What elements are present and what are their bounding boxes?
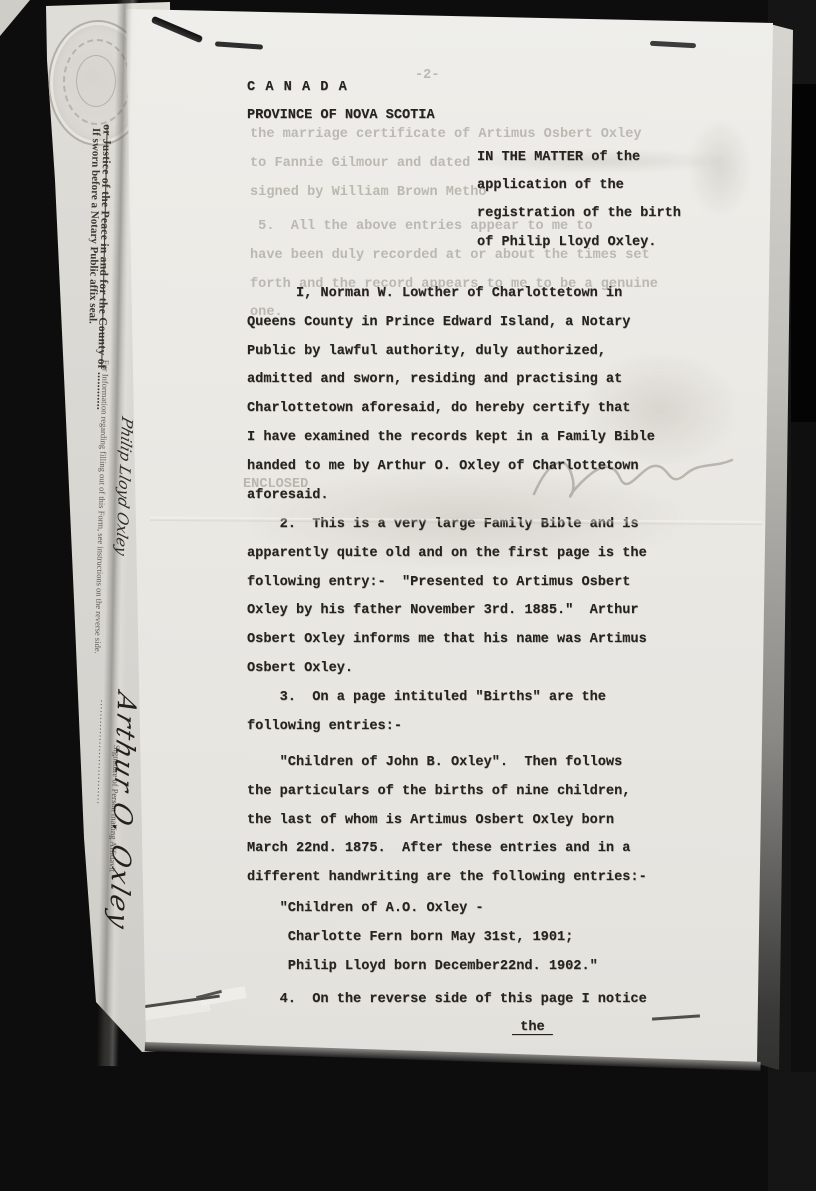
- text-line: handed to me by Arthur O. Oxley of Charl…: [247, 453, 655, 482]
- text-line: Queens County in Prince Edward Island, a…: [247, 309, 655, 338]
- paragraph-3: 3. On a page intituled "Births" are thef…: [247, 684, 606, 742]
- text-line: I have examined the records kept in a Fa…: [247, 424, 655, 453]
- scanned-document-background: -2- the marriage certificate of Artimus …: [0, 0, 816, 1191]
- text-line: 4. On the reverse side of this page I no…: [247, 986, 647, 1015]
- ghost-smudge: [690, 120, 750, 215]
- text-line: Osbert Oxley.: [247, 655, 647, 684]
- text-line: Oxley by his father November 3rd. 1885."…: [247, 597, 647, 626]
- paragraph-2: 2. This is a very large Family Bible and…: [247, 511, 647, 684]
- catchword-the: the: [512, 1014, 553, 1043]
- text-line: Public by lawful authority, duly authori…: [247, 338, 655, 367]
- text-line: 3. On a page intituled "Births" are the: [247, 684, 606, 713]
- text-line: March 22nd. 1875. After these entries an…: [247, 835, 647, 864]
- text-line: application of the: [477, 172, 681, 200]
- paragraph-5: "Children of A.O. Oxley - Charlotte Fern…: [247, 895, 598, 981]
- paragraph-4: "Children of John B. Oxley". Then follow…: [247, 749, 647, 893]
- text-line: of Philip Lloyd Oxley.: [477, 229, 681, 257]
- scan-mid-block: [791, 422, 816, 1072]
- text-line: registration of the birth: [477, 200, 681, 228]
- text-line: following entries:-: [247, 713, 606, 742]
- paragraph-1: I, Norman W. Lowther of Charlottetown in…: [247, 280, 655, 510]
- text-line: Philip Lloyd born December22nd. 1902.": [247, 953, 598, 982]
- text-line: "Children of A.O. Oxley -: [247, 895, 598, 924]
- scan-dark-block: [791, 84, 816, 422]
- text-line: different handwriting are the following …: [247, 864, 647, 893]
- country-header: C A N A D A: [247, 74, 348, 103]
- text-line: apparently quite old and on the first pa…: [247, 540, 647, 569]
- text-line: Osbert Oxley informs me that his name wa…: [247, 626, 647, 655]
- text-line: the last of whom is Artimus Osbert Oxley…: [247, 807, 647, 836]
- ghost-page-number: -2-: [415, 62, 439, 91]
- paragraph-6: 4. On the reverse side of this page I no…: [247, 986, 647, 1015]
- text-line: following entry:- "Presented to Artimus …: [247, 569, 647, 598]
- text-line: aforesaid.: [247, 482, 655, 511]
- text-line: Charlotte Fern born May 31st, 1901;: [247, 924, 598, 953]
- text-line: "Children of John B. Oxley". Then follow…: [247, 749, 647, 778]
- in-the-matter-block: IN THE MATTER of theapplication of there…: [477, 144, 681, 257]
- staple-mark: [652, 1014, 700, 1020]
- text-line: the particulars of the births of nine ch…: [247, 778, 647, 807]
- form-line-notary-seal-note: If sworn before a Notary Public affix se…: [87, 128, 101, 324]
- province-header: PROVINCE OF NOVA SCOTIA: [247, 102, 435, 131]
- text-line: IN THE MATTER of the: [477, 144, 681, 172]
- text-line: I, Norman W. Lowther of Charlottetown in: [247, 280, 655, 309]
- text-line: Charlottetown aforesaid, do hereby certi…: [247, 395, 655, 424]
- scan-corner-artifact: [0, 0, 34, 40]
- text-line: 2. This is a very large Family Bible and…: [247, 511, 647, 540]
- text-line: admitted and sworn, residing and practis…: [247, 366, 655, 395]
